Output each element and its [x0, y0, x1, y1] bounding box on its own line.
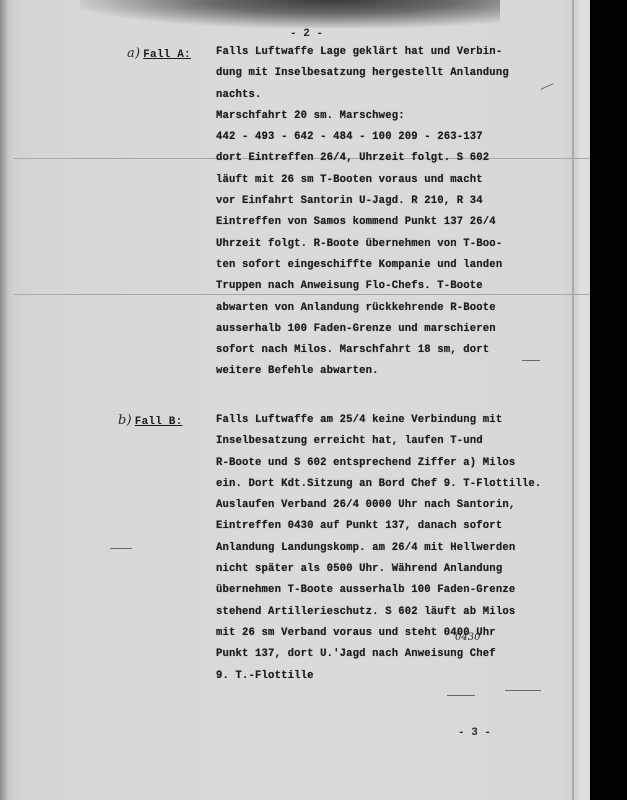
text-line: 9. T.-Flottille	[216, 666, 576, 687]
paper-fold-shadow	[0, 0, 14, 800]
margin-mark	[522, 360, 540, 361]
text-line: sofort nach Milos. Marschfahrt 18 sm, do…	[216, 340, 576, 361]
paper-sheet: - 2 - a)Fall A: Falls Luftwaffe Lage gek…	[0, 0, 590, 800]
text-line: Auslaufen Verband 26/4 0000 Uhr nach San…	[216, 495, 576, 516]
text-line: R-Boote und S 602 entsprechend Ziffer a)…	[216, 453, 576, 474]
top-shadow	[80, 0, 500, 28]
text-line: Truppen nach Anweisung Flo-Chefs. T-Boot…	[216, 276, 576, 297]
text-line: stehend Artillerieschutz. S 602 läuft ab…	[216, 602, 576, 623]
handwritten-marker-a: a)	[127, 46, 140, 61]
text-line: Falls Luftwaffe Lage geklärt hat und Ver…	[216, 42, 576, 63]
text-line: läuft mit 26 sm T-Booten voraus und mach…	[216, 170, 576, 191]
margin-mark	[447, 695, 475, 696]
margin-mark	[110, 548, 132, 549]
text-line: Punkt 137, dort U.'Jagd nach Anweisung C…	[216, 644, 576, 665]
text-line: nicht später als 0500 Uhr. Während Anlan…	[216, 559, 576, 580]
text-line: Eintreffen von Samos kommend Punkt 137 2…	[216, 212, 576, 233]
section-b-label: b)Fall B:	[118, 413, 182, 428]
text-line: mit 26 sm Verband voraus und steht 0400 …	[216, 623, 576, 644]
case-label-a: Fall A:	[143, 49, 191, 61]
text-line: Falls Luftwaffe am 25/4 keine Verbindung…	[216, 410, 576, 431]
header-page-number: - 2 -	[290, 28, 323, 40]
text-line: weitere Befehle abwarten.	[216, 361, 576, 382]
text-line: Marschfahrt 20 sm. Marschweg:	[216, 106, 576, 127]
section-a-body: Falls Luftwaffe Lage geklärt hat und Ver…	[216, 42, 576, 383]
handwritten-time-correction: 0430	[455, 632, 480, 643]
text-line: ten sofort eingeschiffte Kompanie und la…	[216, 255, 576, 276]
handwritten-marker-b: b)	[118, 413, 132, 428]
text-line: 442 - 493 - 642 - 484 - 100 209 - 263-13…	[216, 127, 576, 148]
margin-mark	[505, 690, 541, 691]
text-line: Eintreffen 0430 auf Punkt 137, danach so…	[216, 516, 576, 537]
footer-page-number: - 3 -	[458, 727, 491, 739]
text-line: übernehmen T-Boote ausserhalb 100 Faden-…	[216, 580, 576, 601]
text-line: dung mit Inselbesatzung hergestellt Anla…	[216, 63, 576, 84]
section-b-body: Falls Luftwaffe am 25/4 keine Verbindung…	[216, 410, 576, 687]
text-line: Inselbesatzung erreicht hat, laufen T-un…	[216, 431, 576, 452]
text-line: ein. Dort Kdt.Sitzung an Bord Chef 9. T-…	[216, 474, 576, 495]
text-line: Uhrzeit folgt. R-Boote übernehmen von T-…	[216, 234, 576, 255]
text-line: abwarten von Anlandung rückkehrende R-Bo…	[216, 298, 576, 319]
section-a-label: a)Fall A:	[127, 46, 191, 61]
scanned-document: - 2 - a)Fall A: Falls Luftwaffe Lage gek…	[0, 0, 627, 800]
text-line: Anlandung Landungskomp. am 26/4 mit Hell…	[216, 538, 576, 559]
text-line: ausserhalb 100 Faden-Grenze und marschie…	[216, 319, 576, 340]
text-line: dort Eintreffen 26/4, Uhrzeit folgt. S 6…	[216, 148, 576, 169]
text-line: nachts.	[216, 85, 576, 106]
case-label-b: Fall B:	[135, 416, 183, 428]
text-line: vor Einfahrt Santorin U-Jagd. R 210, R 3…	[216, 191, 576, 212]
